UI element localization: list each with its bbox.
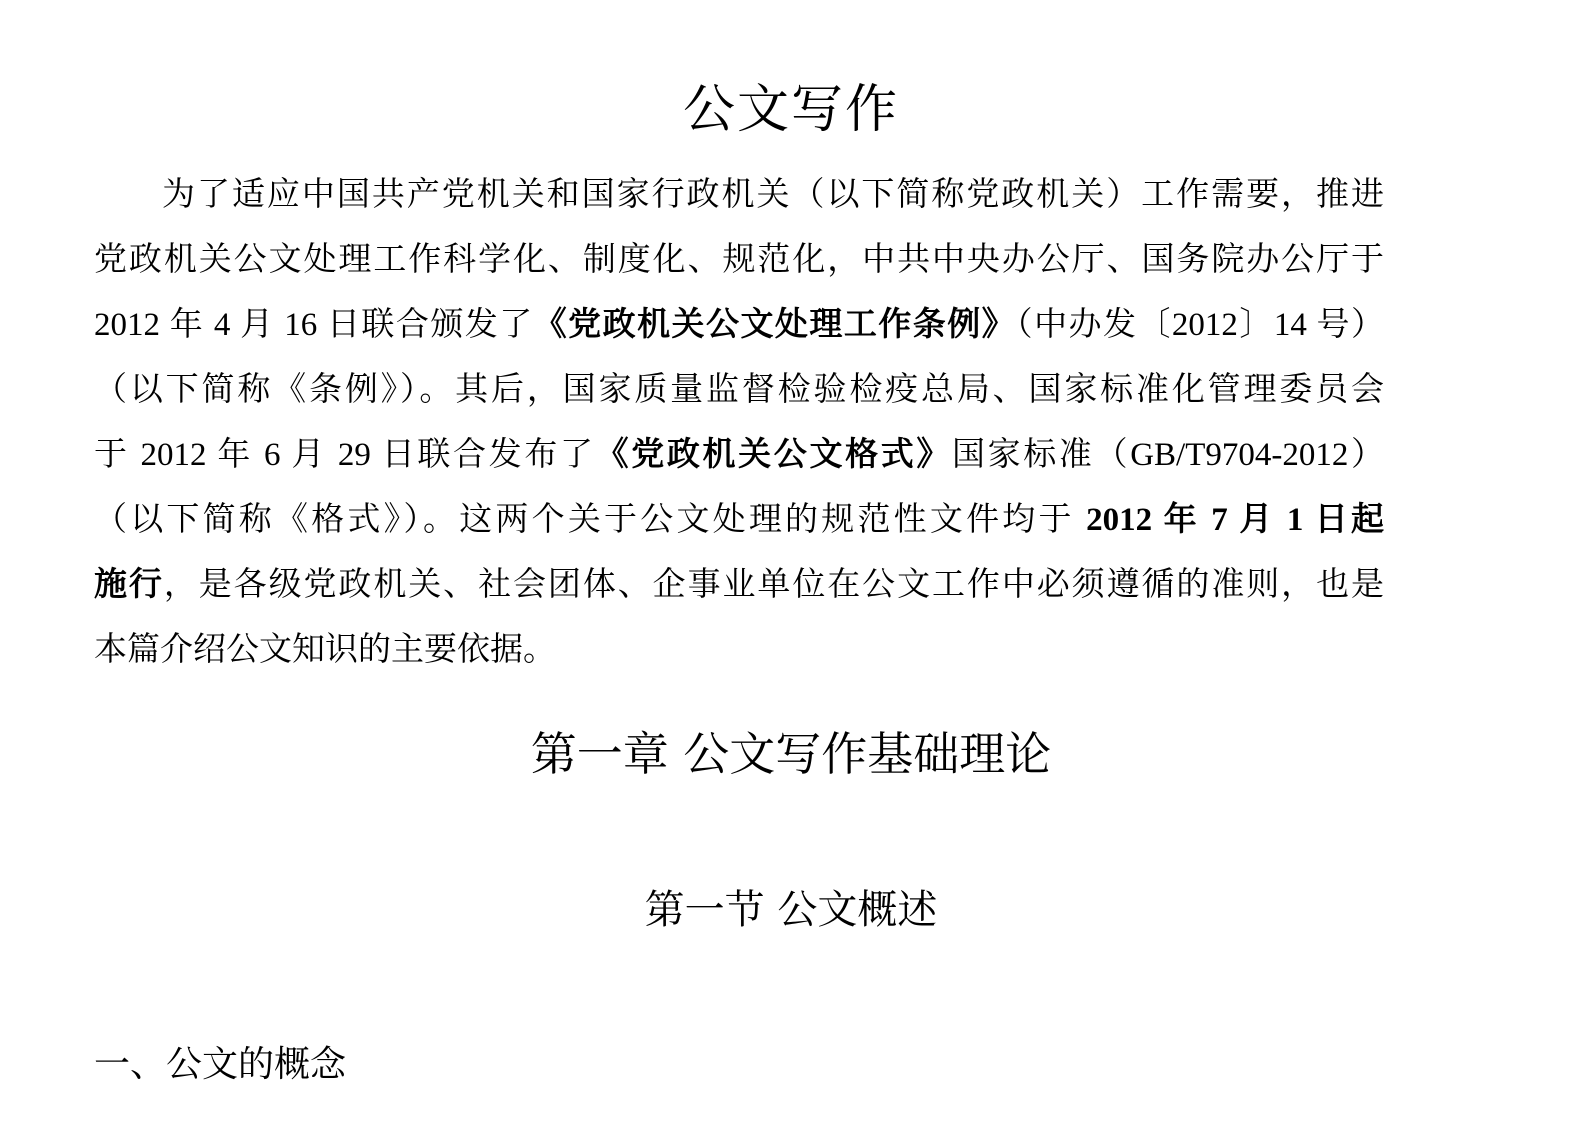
- paragraph-line-1: 为了适应中国共产党机关和国家行政机关（以下简称党政机关）工作需要，推进: [94, 163, 1384, 228]
- paragraph-line-2: 党政机关公文处理工作科学化、制度化、规范化，中共中央办公厅、国务院办公厅于: [94, 228, 1384, 293]
- bold-effective-date-cont: 施行: [94, 567, 164, 603]
- subsection-heading: 一、公文的概念: [94, 1035, 346, 1095]
- text-segment: （以下简称《格式》）。这两个关于公文处理的规范性文件均于: [94, 502, 1086, 538]
- text-segment: 2012 年 4 月 16 日联合颁发了: [94, 307, 534, 343]
- paragraph-line-4: （以下简称《条例》）。其后，国家质量监督检验检疫总局、国家标准化管理委员会: [94, 358, 1384, 423]
- paragraph-line-5: 于 2012 年 6 月 29 日联合发布了《党政机关公文格式》国家标准（GB/…: [94, 423, 1384, 488]
- section-heading: 第一节 公文概述: [0, 878, 1582, 942]
- text-segment: 本篇介绍公文知识的主要依据。: [94, 632, 556, 668]
- text-segment: （中办发〔2012〕14 号）: [1016, 307, 1384, 343]
- paragraph-line-6: （以下简称《格式》）。这两个关于公文处理的规范性文件均于 2012 年 7 月 …: [94, 488, 1384, 553]
- text-segment: 党政机关公文处理工作科学化、制度化、规范化，中共中央办公厅、国务院办公厅于: [94, 242, 1384, 278]
- text-segment: 于 2012 年 6 月 29 日联合发布了: [94, 437, 596, 473]
- document-page: 公文写作 为了适应中国共产党机关和国家行政机关（以下简称党政机关）工作需要，推进…: [0, 0, 1582, 1132]
- document-title: 公文写作: [0, 74, 1582, 146]
- bold-regulation-title: 《党政机关公文处理工作条例》: [534, 307, 1016, 343]
- text-segment: ，是各级党政机关、社会团体、企事业单位在公文工作中必须遵循的准则，也是: [164, 567, 1384, 603]
- paragraph-line-8: 本篇介绍公文知识的主要依据。: [94, 618, 1384, 683]
- intro-paragraph: 为了适应中国共产党机关和国家行政机关（以下简称党政机关）工作需要，推进 党政机关…: [94, 163, 1384, 683]
- paragraph-line-3: 2012 年 4 月 16 日联合颁发了《党政机关公文处理工作条例》（中办发〔2…: [94, 293, 1384, 358]
- bold-effective-date: 2012 年 7 月 1 日起: [1086, 502, 1384, 538]
- text-segment: （以下简称《条例》）。其后，国家质量监督检验检疫总局、国家标准化管理委员会: [94, 372, 1384, 408]
- text-segment: 为了适应中国共产党机关和国家行政机关（以下简称党政机关）工作需要，推进: [162, 177, 1384, 213]
- text-segment: 国家标准（GB/T9704-2012）: [952, 437, 1384, 473]
- paragraph-line-7: 施行，是各级党政机关、社会团体、企事业单位在公文工作中必须遵循的准则，也是: [94, 553, 1384, 618]
- chapter-heading: 第一章 公文写作基础理论: [0, 718, 1582, 790]
- bold-standard-title: 《党政机关公文格式》: [596, 437, 952, 473]
